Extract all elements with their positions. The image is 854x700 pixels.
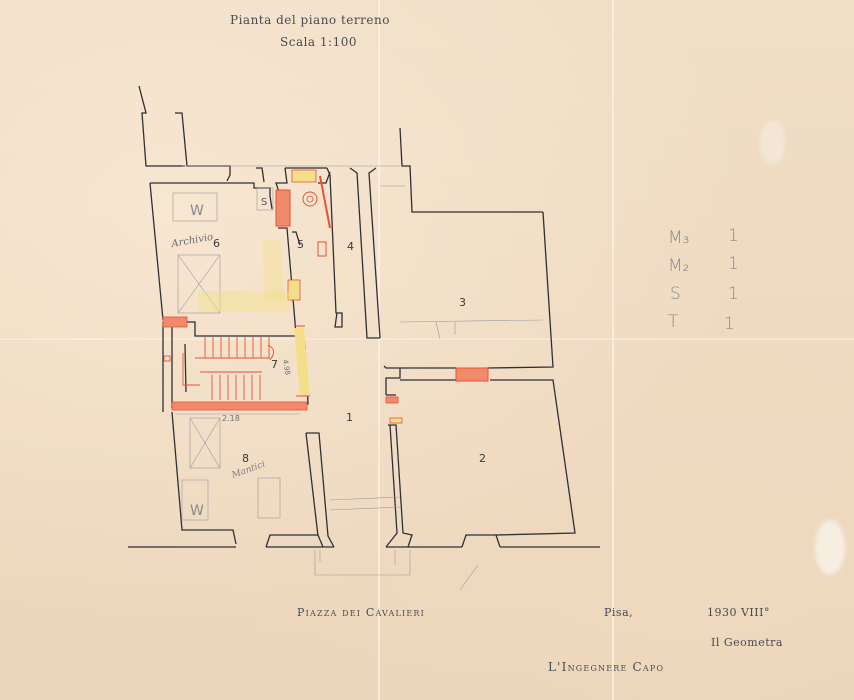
stair-dimension: 2.18 — [222, 414, 240, 423]
room-6-label: 6 — [213, 237, 220, 250]
tally-count-t: 1 — [724, 314, 735, 334]
room-2-label: 2 — [479, 452, 486, 465]
tally-count-m2: 1 — [728, 254, 739, 274]
room-7-label: 7 — [271, 358, 278, 371]
city-caption: Pisa, — [604, 606, 633, 619]
tally-label-s: S — [670, 284, 681, 304]
room-3-label: 3 — [459, 296, 466, 309]
tally-label-t: T — [668, 312, 678, 332]
stair-dimension-vertical: 4.98 — [281, 359, 292, 376]
wc-top-mark: W — [190, 203, 204, 219]
room-5-label: 5 — [297, 238, 304, 251]
tally-count-m3: 1 — [728, 226, 739, 246]
geometra-signature-label: Il Geometra — [711, 636, 783, 649]
room-6-annotation: Archivio — [170, 232, 214, 250]
s-box-mark: S — [261, 197, 267, 208]
wc-bottom-mark: W — [190, 503, 204, 519]
location-caption: Piazza dei Cavalieri — [297, 606, 425, 619]
ingegnere-signature-label: L'Ingegnere Capo — [548, 660, 664, 674]
room-8-label: 8 — [242, 452, 249, 465]
tally-label-m2: M₂ — [668, 256, 689, 276]
floor-plan: 1 2 3 4 5 6 7 8 Archivio Mantici 2.18 4.… — [0, 0, 854, 700]
date-caption: 1930 VIII° — [707, 606, 770, 619]
tally-label-m3: M₃ — [668, 228, 689, 248]
tally-count-s: 1 — [728, 284, 739, 304]
room-4-label: 4 — [347, 240, 354, 253]
room-1-label: 1 — [346, 411, 353, 424]
